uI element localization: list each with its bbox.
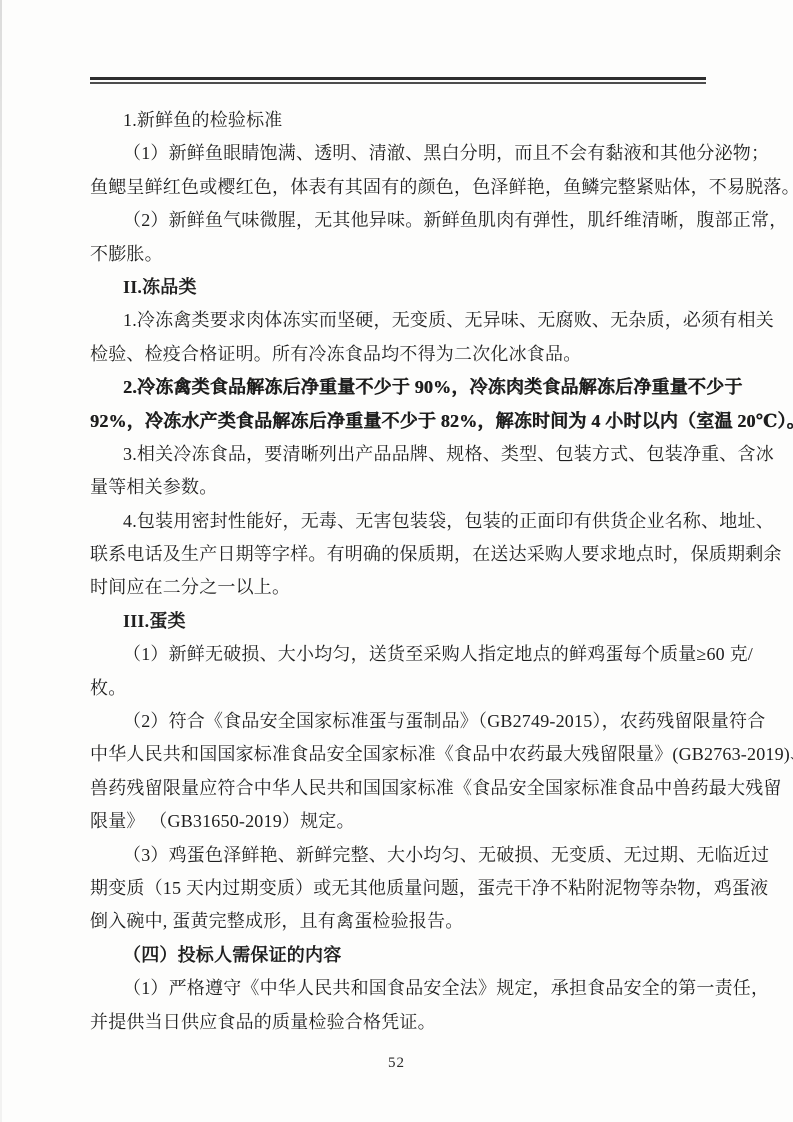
header-rule bbox=[90, 77, 706, 84]
text-line: 不膨胀。 bbox=[90, 238, 714, 271]
text-line: 量等相关参数。 bbox=[90, 471, 714, 504]
text-line: 检验、检疫合格证明。所有冷冻食品均不得为二次化冰食品。 bbox=[90, 338, 714, 371]
text-line: （2）符合《食品安全国家标准蛋与蛋制品》（GB2749-2015），农药残留限量… bbox=[90, 705, 714, 738]
text-line: 2.冷冻禽类食品解冻后净重量不少于 90%，冷冻肉类食品解冻后净重量不少于 bbox=[90, 371, 714, 404]
text-line: （1）新鲜鱼眼睛饱满、透明、清澈、黑白分明，而且不会有黏液和其他分泌物； bbox=[90, 137, 714, 170]
text-line: 并提供当日供应食品的质量检验合格凭证。 bbox=[90, 1006, 714, 1039]
text-line: （1）新鲜无破损、大小均匀，送货至采购人指定地点的鲜鸡蛋每个质量≥60 克/ bbox=[90, 638, 714, 671]
text-line: 3.相关冷冻食品，要清晰列出产品品牌、规格、类型、包装方式、包装净重、含冰 bbox=[90, 438, 714, 471]
text-line: 1.新鲜鱼的检验标准 bbox=[90, 104, 714, 137]
text-line: III.蛋类 bbox=[90, 605, 714, 638]
text-line: 期变质（15 天内过期变质）或无其他质量问题，蛋壳干净不粘附泥物等杂物，鸡蛋液 bbox=[90, 872, 714, 905]
text-line: 鱼鳃呈鲜红色或樱红色，体表有其固有的颜色，色泽鲜艳，鱼鳞完整紧贴体，不易脱落。 bbox=[90, 171, 714, 204]
text-line: 兽药残留限量应符合中华人民共和国国家标准《食品安全国家标准食品中兽药最大残留 bbox=[90, 772, 714, 805]
text-line: （2）新鲜鱼气味微腥，无其他异味。新鲜鱼肌肉有弹性，肌纤维清晰，腹部正常， bbox=[90, 204, 714, 237]
text-line: 4.包装用密封性能好，无毒、无害包装袋，包装的正面印有供货企业名称、地址、 bbox=[90, 505, 714, 538]
text-line: 倒入碗中, 蛋黄完整成形，且有禽蛋检验报告。 bbox=[90, 905, 714, 938]
text-line: （1）严格遵守《中华人民共和国食品安全法》规定，承担食品安全的第一责任， bbox=[90, 972, 714, 1005]
text-line: 1.冷冻禽类要求肉体冻实而坚硬，无变质、无异味、无腐败、无杂质，必须有相关 bbox=[90, 304, 714, 337]
text-line: （四）投标人需保证的内容 bbox=[90, 939, 714, 972]
document-page: 1.新鲜鱼的检验标准（1）新鲜鱼眼睛饱满、透明、清澈、黑白分明，而且不会有黏液和… bbox=[0, 0, 793, 1122]
page-number: 52 bbox=[0, 1055, 793, 1072]
text-line: 92%，冷冻水产类食品解冻后净重量不少于 82%，解冻时间为 4 小时以内（室温… bbox=[90, 405, 714, 438]
text-line: （3）鸡蛋色泽鲜艳、新鲜完整、大小均匀、无破损、无变质、无过期、无临近过 bbox=[90, 839, 714, 872]
text-line: 限量》 （GB31650-2019）规定。 bbox=[90, 805, 714, 838]
document-body: 1.新鲜鱼的检验标准（1）新鲜鱼眼睛饱满、透明、清澈、黑白分明，而且不会有黏液和… bbox=[90, 104, 714, 1039]
text-line: II.冻品类 bbox=[90, 271, 714, 304]
text-line: 中华人民共和国国家标准食品安全国家标准《食品中农药最大残留限量》(GB2763-… bbox=[90, 738, 714, 771]
text-line: 联系电话及生产日期等字样。有明确的保质期，在送达采购人要求地点时，保质期剩余 bbox=[90, 538, 714, 571]
text-line: 时间应在二分之一以上。 bbox=[90, 571, 714, 604]
text-line: 枚。 bbox=[90, 672, 714, 705]
scan-edge-artifact bbox=[0, 0, 2, 1122]
